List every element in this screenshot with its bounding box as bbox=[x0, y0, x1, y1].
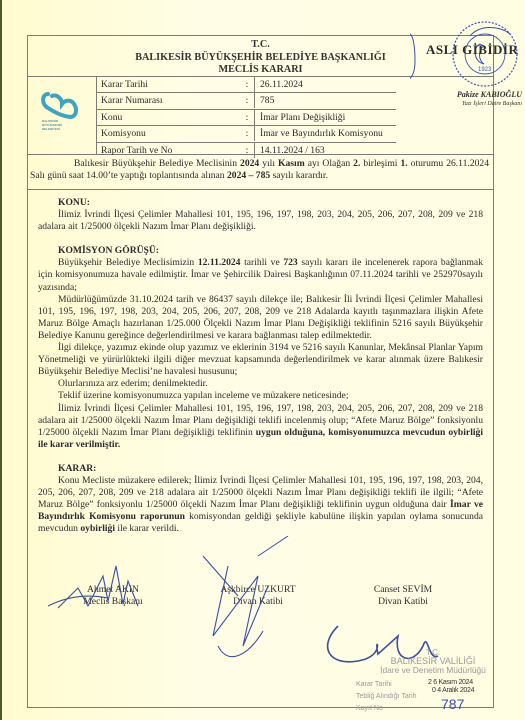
certifier-name: Pakize KABIOĞLU bbox=[418, 90, 522, 99]
komisyon-title: KOMİSYON GÖRÜŞÜ: bbox=[38, 245, 483, 257]
komisyon-paragraph-1: Büyükşehir Belediye Meclisimizin 12.11.2… bbox=[38, 257, 483, 293]
registry-value-karar-tarihi: 2 6 Kasım 2024 bbox=[428, 679, 473, 686]
karar-title: KARAR: bbox=[38, 463, 483, 475]
heart-logo-icon bbox=[40, 90, 80, 120]
konu-title: KONU: bbox=[38, 197, 483, 209]
info-row-konu: Konu:İmar Planı Değişikliği bbox=[96, 110, 396, 126]
komisyon-paragraph-4: Olurlarınıza arz ederim; denilmektedir. bbox=[38, 378, 483, 390]
karar-text: Konu Mecliste müzakere edilerek; İlimiz … bbox=[38, 475, 483, 535]
registry-stamp-header: T.C. BALIKESİR VALİLİĞİ İdare ve Denetim… bbox=[373, 648, 493, 675]
registry-label-karar-tarihi: Karar Tarihi bbox=[356, 681, 392, 688]
info-row-komisyonu: Komisyonu:İmar ve Bayındırlık Komisyonu bbox=[96, 126, 396, 142]
info-rows: Karar Tarihi:26.11.2024 Karar Numarası:7… bbox=[96, 77, 396, 158]
certified-copy-text: ASLI GİBİDİR bbox=[426, 42, 518, 58]
registry-value-teblig: 0 4 Aralık 2024 bbox=[432, 687, 474, 694]
konu-text: İlimiz İvrindi İlçesi Çelimler Mahallesi… bbox=[38, 209, 483, 233]
svg-text:1923: 1923 bbox=[478, 67, 492, 73]
certifier-title: Yazı İşleri Daire Başkanı bbox=[410, 101, 522, 107]
komisyon-paragraph-5: Teklif üzerine komisyonumuzca yapılan in… bbox=[38, 390, 483, 402]
komisyon-paragraph-6: İlimiz İvrindi İlçesi Çelimler Mahallesi… bbox=[38, 403, 483, 451]
info-row-karar-tarihi: Karar Tarihi:26.11.2024 bbox=[96, 77, 396, 93]
logo-cell: BALIKESİR BÜYÜKŞEHİR BELEDİYESİ bbox=[28, 77, 97, 154]
logo-text: BALIKESİR BÜYÜKŞEHİR BELEDİYESİ bbox=[42, 119, 62, 131]
scan-edge bbox=[0, 0, 2, 720]
info-row-karar-numarasi: Karar Numarası:785 bbox=[96, 93, 396, 109]
komisyon-paragraph-3: İlgi dilekçe, yazımız ekinde olup yazımı… bbox=[38, 342, 483, 378]
registry-value-kayit-no: 787 bbox=[441, 696, 464, 712]
registry-label-teblig: Tebliğ Alındığı Tarih bbox=[356, 693, 417, 700]
document-body: KONU: İlimiz İvrindi İlçesi Çelimler Mah… bbox=[28, 191, 493, 535]
decision-document: T.C. BALIKESİR BÜYÜKŞEHİR BELEDİYE BAŞKA… bbox=[27, 35, 494, 708]
certified-copy-stamp: 1923 ASLI GİBİDİR Pakize KABIOĞLU Yazı İ… bbox=[410, 16, 522, 126]
komisyon-paragraph-2: Müdürlüğümüzde 31.10.2024 tarih ve 86437… bbox=[38, 294, 483, 342]
registry-label-kayit-no: Kayıt No bbox=[356, 705, 383, 712]
intro-paragraph: Balıkesir Büyükşehir Belediye Meclisinin… bbox=[28, 154, 493, 190]
